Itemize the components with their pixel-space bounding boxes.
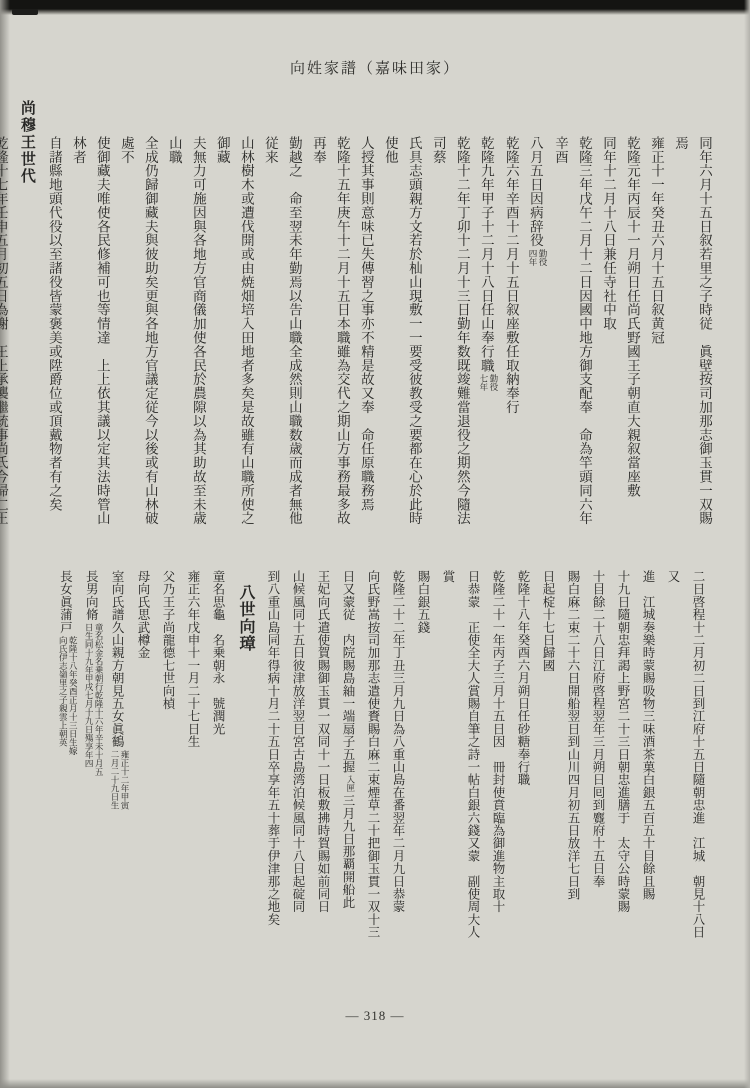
text-column: 王妃向氏遣使賀賜御玉貫一双同十一日板敷拂時賀賜如前同日: [310, 570, 335, 944]
text-column: 母向氏思武樽金: [130, 570, 155, 944]
text-column: 山候風同十五日彼津放洋翌日宮古島湾泊候風同十八日起碇同: [285, 570, 310, 944]
text-column: 日恭蒙 正使全大人賞賜自筆之詩一帖白銀六錢又蒙 副使周大人賞: [435, 570, 485, 944]
interlinear-note: 雍正十二年甲寅二月二十九日生: [110, 750, 130, 810]
text-column: 全成仍歸御藏夫與彼助矣更與各地方官議定従今以後或有山林破處不: [114, 136, 162, 534]
text-column: 進 江城奏樂時蒙賜吸物三味酒茶菓白銀五百五十目餘且賜: [635, 570, 660, 944]
text-column: 童名思龜 名乗朝永 號潤光: [205, 570, 230, 944]
genealogy-text-block-upper: 同年六月十五日叙若里之子時従 眞壁按司加那志御玉貫一双賜焉雍正十一年癸丑六月十五…: [30, 98, 716, 536]
text-column: 使御藏夫唯使各民修補可也等情達 上上依其議以定其法時管山林者: [66, 136, 114, 534]
text-column: 乾隆六年辛酉十二月十五日叙座敷任取納奉行: [499, 136, 523, 534]
scanned-genealogy-page: 向姓家譜（嘉味田家） 同年六月十五日叙若里之子時従 眞壁按司加那志御玉貫一双賜焉…: [0, 0, 750, 1088]
text-column: 同年六月十五日叙若里之子時従 眞壁按司加那志御玉貫一双賜焉: [668, 136, 716, 534]
text-column: 自諸縣地頭代役以至諸役皆蒙褒美或陞爵位或頂戴物者有之矣: [42, 136, 66, 534]
interlinear-note: 勤役四年: [528, 249, 548, 266]
text-column: 乾隆九年甲子十二月十八日任山奉行職勤役七年: [474, 136, 499, 534]
text-column: 乾隆十五年庚午十二月十五日本職雖為交代之期山方事務最多故再奉: [306, 136, 354, 534]
text-column: 雍正十一年癸丑六月十五日叙黄冠: [644, 136, 668, 534]
text-column: 十目餘二十八日江府啓程翌年三月朔日囘到麑府十五日奉: [585, 570, 610, 944]
text-column: 賜白銀五錢: [410, 570, 435, 944]
text-column: 氏具志頭親方文若於杣山現敷一一要受彼教受之要都在心於此時使他: [378, 136, 426, 534]
page-number: — 318 —: [0, 1008, 750, 1024]
interlinear-note: 童名松金名乗朝行乾隆十六年辛未十月五日生同十九年甲戌七月十九日殤享年四: [84, 623, 104, 776]
text-column: 雍正六年戊申十一月二十七日生: [180, 570, 205, 944]
text-column: 乾隆十二年丁卯十二月十三日勤年数既竣難當退役之期然今隨法司蔡: [426, 136, 474, 534]
text-column: 乾隆元年丙辰十一月朔日任尚氏野國王子朝直大親叙當座敷: [620, 136, 644, 534]
scan-edge-right: [744, 0, 750, 1088]
text-column: 長男向脩童名松金名乗朝行乾隆十六年辛未十月五日生同十九年甲戌七月十九日殤享年四: [78, 570, 104, 944]
text-column: 十九日隨朝忠拜謁上野宮二十三日朝忠進膳于 太守公時蒙賜: [610, 570, 635, 944]
text-column: 八月五日因病辞役勤役四年: [523, 136, 548, 534]
text-column: 乾隆二十二年丁丑三月九日為八重山島在番翌年二月九日恭蒙: [385, 570, 410, 944]
text-column: 室向氏譜久山親方朝見五女眞鶴雍正十二年甲寅二月二十九日生: [104, 570, 130, 944]
text-column: 二日啓程十二月初二日到江府十五日隨朝忠進 江城 朝見十八日又: [660, 570, 710, 944]
text-column: 長女眞蒲戸乾隆十八年癸酉正月十三日生嫁向氏伊志嶺里之子親雲上朝英: [52, 570, 78, 944]
document-title: 向姓家譜（嘉味田家）: [0, 57, 750, 78]
text-column: 勤越之 命至翌未年勤焉以告山職全成然則山職数歳而成者無他従来: [258, 136, 306, 534]
text-column: 夫無力可施因與各地方官商儀加使各民於農隙以為其助故至未歳山職: [162, 136, 210, 534]
scan-edge-top: [0, 0, 750, 15]
text-column: 乾隆十八年癸酉六月朔日任砂糖奉行職: [510, 570, 535, 944]
text-column: 到八重山島同年得病十月二十五日卒享年五十葬于伊津那之地矣: [260, 570, 285, 944]
text-column: 山林樹木或遭伐開或由焼畑培入田地者多矣是故雖有山職所使之御藏: [210, 136, 258, 534]
interlinear-note: 勤役七年: [479, 374, 499, 391]
text-column: 乾隆二十一年丙子三月十五日因 冊封使賁臨為御進物主取十: [485, 570, 510, 944]
interlinear-note: 入匣: [346, 775, 356, 792]
text-column: 日又蒙従 内院賜島紬一端扇子五握入匣三月九日那覇開船此: [335, 570, 360, 944]
genealogy-text-block-lower: 二日啓程十二月初二日到江府十五日隨朝忠進 江城 朝見十八日又進 江城奏樂時蒙賜吸…: [28, 556, 710, 946]
interlinear-note: 乾隆十八年癸酉正月十三日生嫁向氏伊志嶺里之子親雲上朝英: [58, 636, 78, 755]
text-column: 人授其事則意味已失傳習之事亦不精是故又奉 命任原職務焉: [354, 136, 378, 534]
scan-artifact: [12, 9, 38, 15]
text-column: 日起椗十七日歸國: [535, 570, 560, 944]
section-heading: 八世向璋: [230, 584, 260, 944]
text-column: 父乃王子尚龍德七世向楨: [155, 570, 180, 944]
text-column: 乾隆十七年壬申五月初五日為謝 王上承襲繼統事尚氏今帰仁王子朝: [0, 136, 12, 534]
scan-edge-bottom: [0, 1079, 750, 1088]
text-column: 同年十二月十八日兼任寺社中取: [596, 136, 620, 534]
text-column: 賜白麻二束二十六日開船翌日到山川四月初五日放洋七日到: [560, 570, 585, 944]
text-column: 向氏野嵩按司加那志遣使賚賜白麻二束煙草二十把御玉貫一双十三: [360, 570, 385, 944]
text-column: 乾隆三年戊午二月十二日因國中地方御支配奉 命為竿頭同六年辛酉: [548, 136, 596, 534]
section-heading: 尚穆王世代: [12, 100, 42, 534]
